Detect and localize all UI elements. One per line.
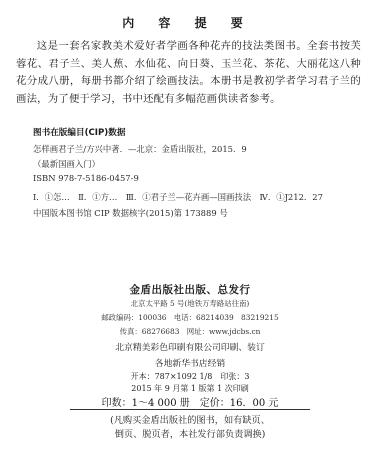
summary-paragraph: 这是一套名家教美术爱好者学画各种花卉的技法类图书。全套书按芙蓉花、君子兰、美人蕉… [16, 38, 361, 108]
return-notice-line-2: 倒页、脱页者，本社发行部负责调换) [60, 426, 320, 440]
publisher-name: 金盾出版社出版、总发行 [60, 282, 320, 297]
format-info: 开本：787×1092 1/8 印张：3 [60, 371, 320, 382]
cip-heading: 图书在版编目(CIP)数据 [33, 126, 125, 138]
cip-record-number-line: 中国版本图书馆 CIP 数据核字(2015)第 173889 号 [33, 207, 228, 219]
cip-series-line: （最新国画入门） [33, 158, 100, 170]
publisher-contact: 邮政编码：100036 电话：68214039 83219215 [60, 312, 320, 323]
return-notice-line-1: (凡购买金盾出版社的图书，如有缺页、 [60, 412, 320, 426]
print-run-price: 印数：1～4 000 册 定价：16．00 元 [60, 394, 320, 409]
publisher-address: 北京太平路 5 号(地铁万寿路站往南) [60, 298, 320, 309]
publisher-fax-website: 传真：68276683 网址：www.jdcbs.cn [60, 326, 320, 337]
distributor-info: 各地新华书店经销 [60, 356, 320, 369]
cip-title-line: 怎样画君子兰/方兴中著．—北京：金盾出版社，2015．9 [33, 143, 247, 155]
cip-classification-line: Ⅰ．①怎… Ⅱ．①方… Ⅲ．①君子兰—花卉画—国画技法 Ⅳ．①J212．27 [33, 191, 323, 203]
divider-rule [70, 409, 310, 410]
edition-info: 2015 年 9 月第 1 版第 1 次印刷 [60, 383, 320, 394]
printer-info: 北京精美彩色印刷有限公司印刷、装订 [60, 340, 320, 353]
cip-isbn-line: ISBN 978-7-5186-0457-9 [33, 173, 139, 183]
summary-title: 内 容 提 要 [0, 14, 375, 31]
